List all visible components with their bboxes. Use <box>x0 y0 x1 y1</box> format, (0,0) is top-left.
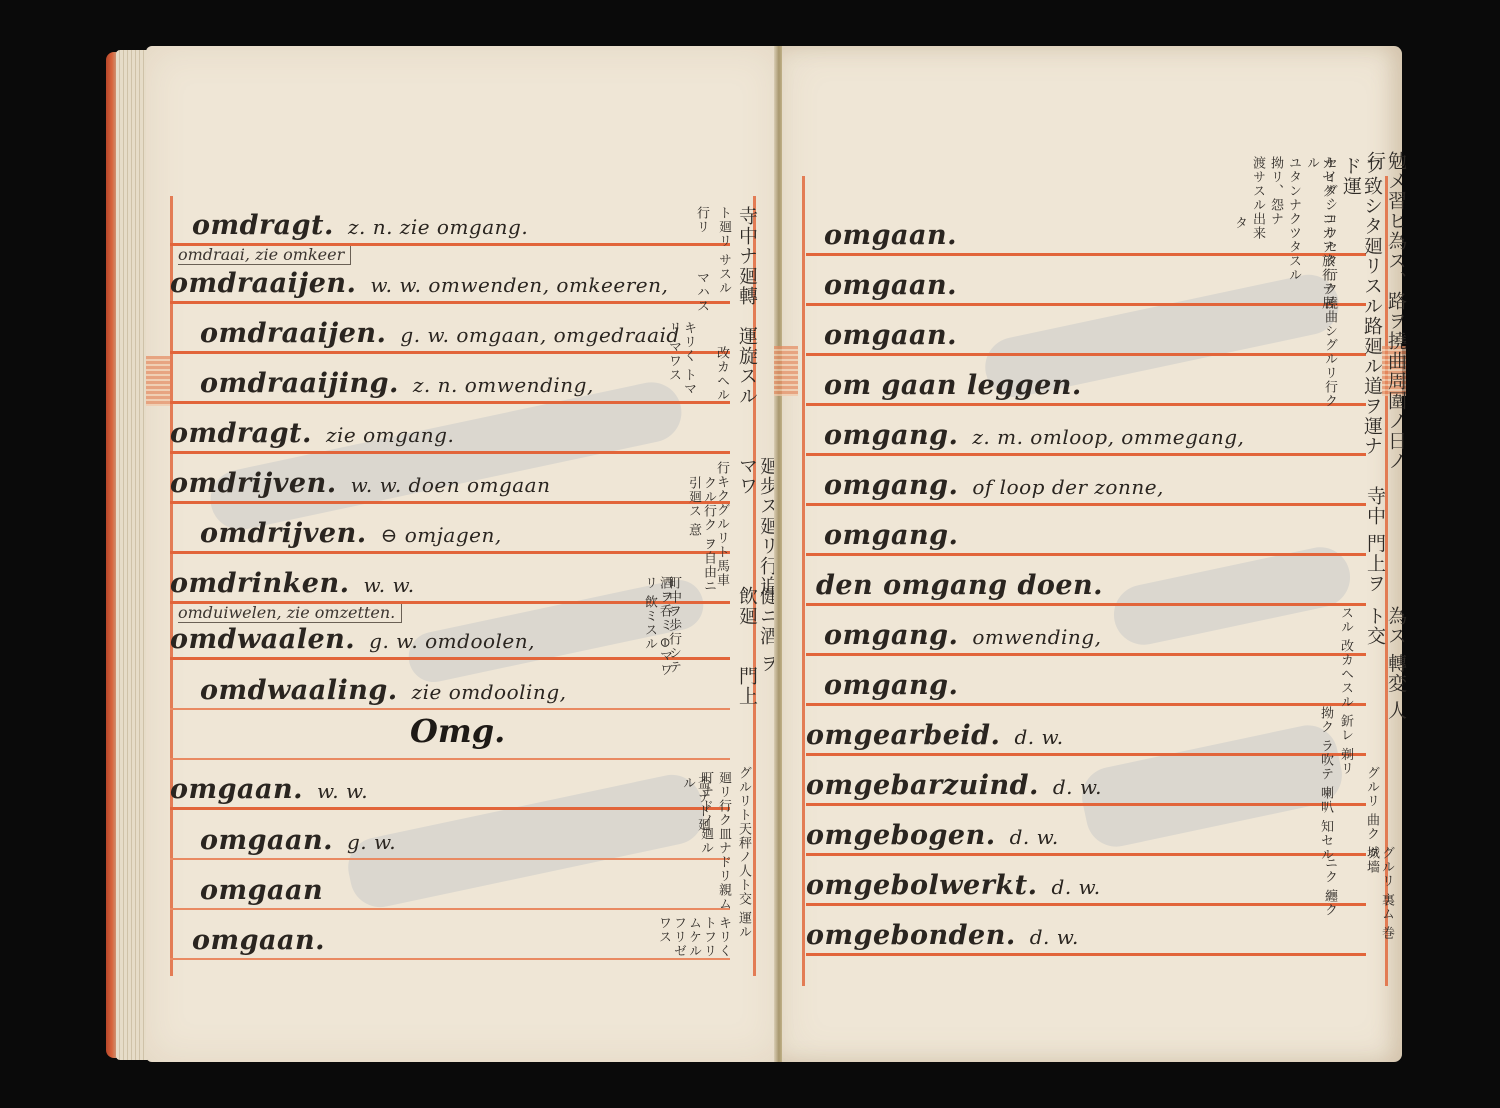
entry-row: om gaan leggen. <box>806 356 1366 406</box>
headword: omgang. <box>824 520 958 551</box>
headword: omdwaalen. <box>170 624 355 655</box>
dictionary-entry: omdragt.z. n. zie omgang. <box>192 210 528 241</box>
dictionary-entry: omgaan.w. w. <box>170 774 368 805</box>
entry-row: omgaan.g. w. <box>170 810 730 860</box>
left-page: omdragt.z. n. zie omgang. omdraai, zie o… <box>146 46 780 1062</box>
dictionary-entry: omgang. <box>824 670 972 701</box>
gloss: d. w. <box>1030 925 1079 949</box>
entry-row: omgaan <box>170 860 730 910</box>
gloss: omwending, <box>972 625 1101 649</box>
entry-row: omgebogen.d. w. <box>806 806 1366 856</box>
entry-row: omgaan.w. w. <box>170 760 730 810</box>
dictionary-entry: omdraaijen.g. w. omgaan, omgedraaid <box>200 318 680 349</box>
japanese-annotation: 廻歩ス廻リ行追マワ <box>736 456 778 596</box>
japanese-annotation: 行キクグルリト馬車 <box>714 461 729 611</box>
dictionary-entry: omdraaijen.w. w. omwenden, omkeeren, <box>170 268 668 299</box>
dictionary-entry: omgaan <box>200 875 337 906</box>
headword: om gaan leggen. <box>824 370 1082 401</box>
inserted-note: omduiwelen, zie omzetten. <box>178 604 402 623</box>
dictionary-entry: omdragt.zie omgang. <box>170 418 454 449</box>
headword: omdragt. <box>192 210 334 241</box>
dictionary-entry: den omgang doen. <box>816 570 1117 601</box>
entry-row: omdrijven.⊖ omjagen, <box>170 504 730 554</box>
japanese-annotation: グルリ 裏ム 巻ク <box>1364 846 1394 946</box>
japanese-annotation: キリく トマリ マワス <box>666 321 696 401</box>
entry-row: omgang. <box>806 506 1366 556</box>
headword: omdragt. <box>170 418 312 449</box>
gloss: d. w. <box>1014 725 1063 749</box>
japanese-annotation: 渡サスル出来 <box>1250 156 1265 256</box>
dictionary-entry: omgang.of loop der zonne, <box>824 470 1164 501</box>
entry-list: omgaan. omgaan. omgaan. om gaan leggen. … <box>806 206 1366 956</box>
gloss: z. n. zie omgang. <box>348 215 528 239</box>
dictionary-entry: omgearbeid.d. w. <box>806 720 1064 751</box>
headword: omdraaijen. <box>170 268 356 299</box>
entry-row: omgang.omwending, <box>806 606 1366 656</box>
headword: omdraaijen. <box>200 318 386 349</box>
gloss: of loop der zonne, <box>972 475 1164 499</box>
gloss: w. w. <box>317 779 368 803</box>
gloss: z. n. omwending, <box>413 373 594 397</box>
dictionary-entry: om gaan leggen. <box>824 370 1096 401</box>
headword: omgang. <box>824 670 958 701</box>
gloss: g. w. omdoolen, <box>369 629 535 653</box>
japanese-annotation: クル行ク ヲ自由ニ引廻ス 意 <box>686 476 716 606</box>
gloss: w. w. <box>364 573 415 597</box>
gloss: ⊖ omjagen, <box>381 523 502 547</box>
japanese-annotation: 行リ <box>694 206 709 266</box>
dictionary-entry: omgaan. <box>824 220 971 251</box>
gloss: d. w. <box>1052 875 1101 899</box>
headword: omgaan. <box>824 320 957 351</box>
gloss: g. w. <box>347 830 396 854</box>
headword: omgang. <box>824 620 958 651</box>
entry-row: omgaan. <box>806 256 1366 306</box>
japanese-annotation: タ <box>1232 216 1247 246</box>
gloss: g. w. omgaan, omgedraaid <box>400 323 679 347</box>
entry-row: omgang.z. m. omloop, ommegang, <box>806 406 1366 456</box>
japanese-annotation: 健ニ酒 ヲ飲廻 <box>736 586 778 676</box>
gloss: zie omdooling, <box>412 680 567 704</box>
japanese-annotation: ユタンナクツタスル <box>1286 156 1301 306</box>
headword: omdrinken. <box>170 568 350 599</box>
japanese-annotation: スル 改カヘスル 釿レ 剃リ <box>1338 606 1353 806</box>
dictionary-entry: omdraaijing.z. n. omwending, <box>200 368 594 399</box>
dictionary-entry: omgaan. <box>192 925 339 956</box>
headword: omgebolwerkt. <box>806 870 1038 901</box>
headword: den omgang doen. <box>816 570 1103 601</box>
entry-row: omgebonden.d. w. <box>806 906 1366 956</box>
right-page: omgaan. omgaan. omgaan. om gaan leggen. … <box>782 46 1402 1062</box>
dictionary-entry: omgebonden.d. w. <box>806 920 1079 951</box>
headword: omgaan. <box>192 925 325 956</box>
headword: omdrijven. <box>200 518 367 549</box>
dictionary-entry: omgaan. <box>824 270 971 301</box>
entry-row: omgaan. <box>170 910 730 960</box>
dictionary-entry: omdrinken.w. w. <box>170 568 415 599</box>
japanese-annotation: 門上 <box>736 666 757 756</box>
japanese-annotation: キリく トフリ ムケル フリゼ ワス <box>656 916 731 976</box>
dictionary-entry: omgebogen.d. w. <box>806 820 1059 851</box>
headword: omgaan. <box>824 220 957 251</box>
japanese-annotation: フ致シタ廻リスル路廻ル道ヲ運ナド運 <box>1340 156 1382 456</box>
entry-row: omdrijven.w. w. doen omgaan <box>170 454 730 504</box>
open-book: omdragt.z. n. zie omgang. omdraai, zie o… <box>106 46 1408 1066</box>
dictionary-entry: omgebarzuind.d. w. <box>806 770 1102 801</box>
japanese-annotation: 改カヘル <box>714 346 729 446</box>
entry-row: omgearbeid.d. w. <box>806 706 1366 756</box>
headword: omgebonden. <box>806 920 1016 951</box>
headword: omgang. <box>824 420 958 451</box>
gloss: d. w. <box>1053 775 1102 799</box>
japanese-annotation: マハス <box>694 271 709 351</box>
entry-row: omgebarzuind.d. w. <box>806 756 1366 806</box>
dictionary-entry: omdwaaling.zie omdooling, <box>200 675 566 706</box>
entry-row: omdragt.z. n. zie omgang. <box>170 196 730 246</box>
section-heading: Omg. <box>410 712 505 750</box>
entry-row: omdraaijing.z. n. omwending, <box>170 354 730 404</box>
headword: omgearbeid. <box>806 720 1000 751</box>
entry-row: omgang.of loop der zonne, <box>806 456 1366 506</box>
section-row: Omg. <box>170 710 730 760</box>
dictionary-entry: omdrijven.⊖ omjagen, <box>200 518 502 549</box>
dictionary-entry: omgaan.g. w. <box>200 825 396 856</box>
headword: omgaan. <box>200 825 333 856</box>
entry-row: omgaan. <box>806 306 1366 356</box>
dictionary-entry: omgebolwerkt.d. w. <box>806 870 1101 901</box>
japanese-annotation: 運旋スル <box>736 326 757 446</box>
entry-row: omdraai, zie omkeer omdraaijen.w. w. omw… <box>170 246 730 304</box>
headword: omdraaijing. <box>200 368 399 399</box>
headword: omgebogen. <box>806 820 996 851</box>
gloss: z. m. omloop, ommegang, <box>972 425 1244 449</box>
entry-row: omgang. <box>806 656 1366 706</box>
entry-row: omdraaijen.g. w. omgaan, omgedraaid <box>170 304 730 354</box>
dictionary-entry: omgang.omwending, <box>824 620 1101 651</box>
japanese-annotation: 拗ク ラ吹テ 喇叭 知セル <box>1318 706 1333 876</box>
entry-row: den omgang doen. <box>806 556 1366 606</box>
japanese-annotation: 寺中 門上ヲ <box>1364 486 1385 616</box>
japanese-annotation: 為ス 轉変 人ト交 <box>1364 606 1406 736</box>
dictionary-entry: omgang. <box>824 520 972 551</box>
dictionary-entry: omdwaalen.g. w. omdoolen, <box>170 624 535 655</box>
japanese-annotation: 拗リ、怨ナ <box>1268 156 1283 236</box>
entry-row: omdragt.zie omgang. <box>170 404 730 454</box>
dictionary-entry: omgaan. <box>824 320 971 351</box>
japanese-annotation: ニク 纏ク <box>1322 856 1337 946</box>
dictionary-entry: omdrijven.w. w. doen omgaan <box>170 468 551 499</box>
gloss: d. w. <box>1010 825 1059 849</box>
gloss: w. w. doen omgaan <box>351 473 551 497</box>
headword: omgaan <box>200 875 323 906</box>
japanese-annotation: グルリト天秤ノ人ト交 運ル <box>736 766 751 966</box>
headword: omgaan. <box>824 270 957 301</box>
margin-mark <box>774 346 798 396</box>
gloss: zie omgang. <box>326 423 454 447</box>
japanese-annotation: カセグ、コカア旅行テ居ル <box>1304 156 1334 316</box>
headword: omdrijven. <box>170 468 337 499</box>
inserted-note: omdraai, zie omkeer <box>178 246 351 265</box>
japanese-annotation: 盃ナド廻ル <box>680 776 710 836</box>
headword: omgaan. <box>170 774 303 805</box>
dictionary-entry: omgang.z. m. omloop, ommegang, <box>824 420 1244 451</box>
headword: omdwaaling. <box>200 675 398 706</box>
japanese-annotation: 酒ヲ呑ミ ⊖マワリ 飲ミスル <box>642 576 672 686</box>
page-stack-edge <box>116 50 150 1060</box>
headword: omgebarzuind. <box>806 770 1039 801</box>
gloss: w. w. omwenden, omkeeren, <box>370 273 668 297</box>
headword: omgang. <box>824 470 958 501</box>
entry-row: omgebolwerkt.d. w. <box>806 856 1366 906</box>
margin-mark <box>146 356 170 406</box>
